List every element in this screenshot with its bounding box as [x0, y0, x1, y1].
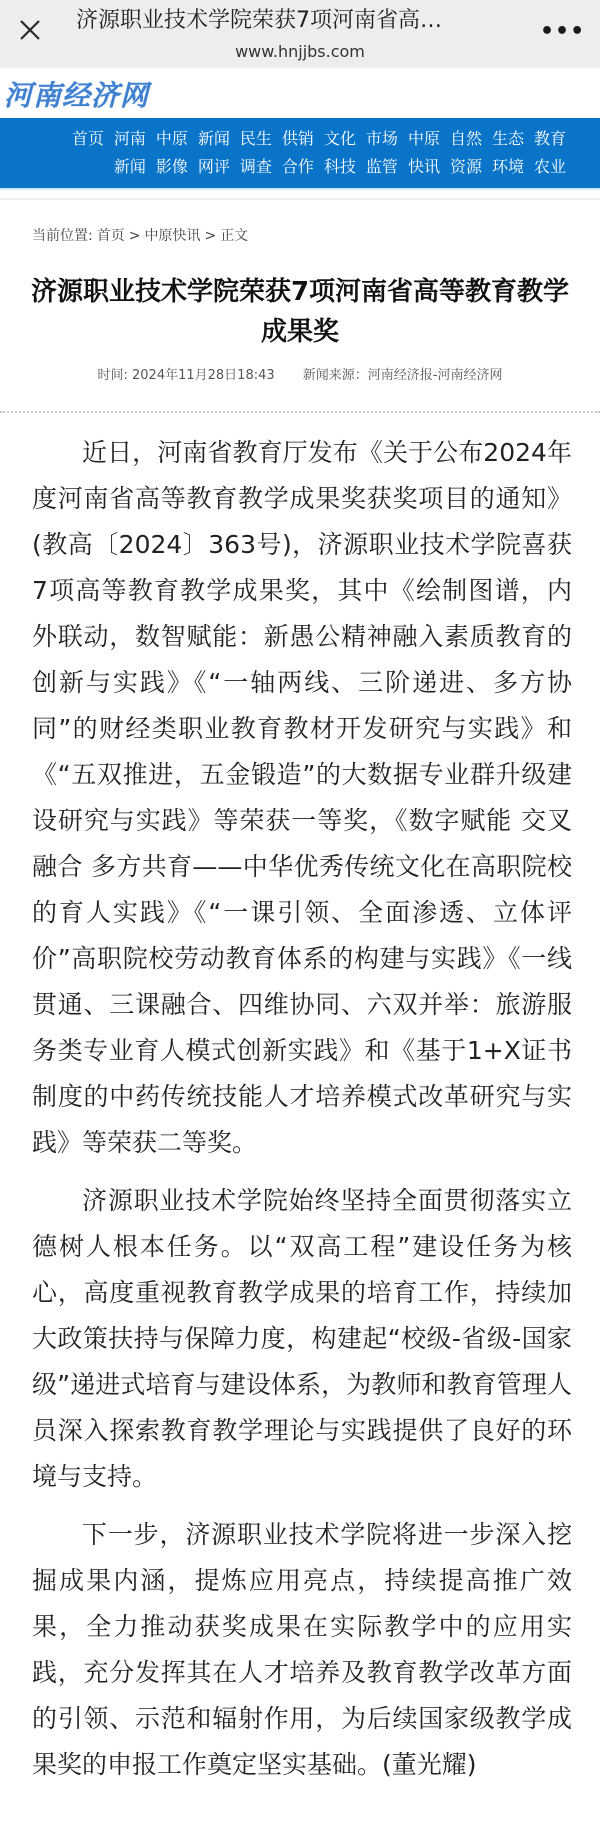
page-title: 济源职业技术学院荣获7项河南省高…	[76, 6, 496, 36]
publish-time: 时间: 2024年11月28日18:43	[98, 368, 275, 383]
nav-link-zhongyuan[interactable]: 中原	[156, 128, 188, 150]
nav-row-2: 新闻 影像 网评 调查 合作 科技 监管 快讯 资源 环境 农业	[114, 156, 566, 178]
nav-link-environment[interactable]: 环境	[492, 156, 524, 178]
nav-link-nature[interactable]: 自然	[450, 128, 482, 150]
main-nav: 首页 河南 中原 新闻 民生 供销 文化 市场 中原 自然 生态 教育 新闻 影…	[0, 118, 600, 188]
breadcrumb-separator: >	[129, 226, 141, 246]
meta-divider	[0, 411, 600, 413]
breadcrumb-label: 当前位置:	[32, 226, 93, 246]
nav-link-education[interactable]: 教育	[534, 128, 566, 150]
nav-link-supervision[interactable]: 监管	[366, 156, 398, 178]
site-logo[interactable]: 河南经济网	[4, 74, 149, 114]
nav-link-zhongyuan-2[interactable]: 中原	[408, 128, 440, 150]
news-source: 新闻来源：河南经济报-河南经济网	[303, 368, 503, 383]
nav-link-henan[interactable]: 河南	[114, 128, 146, 150]
nav-link-flash[interactable]: 快讯	[408, 156, 440, 178]
nav-link-survey[interactable]: 调查	[240, 156, 272, 178]
nav-link-home[interactable]: 首页	[72, 128, 104, 150]
nav-link-comments[interactable]: 网评	[198, 156, 230, 178]
site-header: 河南经济网	[0, 68, 600, 118]
article-paragraph: 济源职业技术学院始终坚持全面贯彻落实立德树人根本任务。以“双高工程”建设任务为核…	[32, 1178, 572, 1500]
breadcrumb-category[interactable]: 中原快讯	[144, 226, 200, 246]
article-meta: 时间: 2024年11月28日18:43 新闻来源：河南经济报-河南经济网	[0, 366, 600, 386]
more-dots-icon[interactable]: •••	[540, 18, 576, 46]
nav-link-cooperation[interactable]: 合作	[282, 156, 314, 178]
nav-link-market[interactable]: 市场	[366, 128, 398, 150]
browser-top-bar: 济源职业技术学院荣获7项河南省高… www.hnjjbs.com •••	[0, 0, 600, 68]
breadcrumb: 当前位置: 首页 > 中原快讯 > 正文	[32, 226, 248, 246]
article-title: 济源职业技术学院荣获7项河南省高等教育教学成果奖	[20, 272, 580, 352]
nav-link-images[interactable]: 影像	[156, 156, 188, 178]
nav-link-agriculture[interactable]: 农业	[534, 156, 566, 178]
nav-link-livelihood[interactable]: 民生	[240, 128, 272, 150]
nav-link-news[interactable]: 新闻	[198, 128, 230, 150]
nav-link-culture[interactable]: 文化	[324, 128, 356, 150]
article-body: 近日，河南省教育厅发布《关于公布2024年度河南省高等教育教学成果奖获奖项目的通…	[32, 430, 572, 1800]
article-paragraph: 近日，河南省教育厅发布《关于公布2024年度河南省高等教育教学成果奖获奖项目的通…	[32, 430, 572, 1166]
breadcrumb-separator: >	[204, 226, 216, 246]
nav-link-resources[interactable]: 资源	[450, 156, 482, 178]
header-separator	[0, 188, 600, 200]
breadcrumb-home[interactable]: 首页	[97, 226, 125, 246]
nav-row-1: 首页 河南 中原 新闻 民生 供销 文化 市场 中原 自然 生态 教育	[72, 128, 566, 150]
nav-link-tech[interactable]: 科技	[324, 156, 356, 178]
nav-link-news-2[interactable]: 新闻	[114, 156, 146, 178]
article-paragraph: 下一步，济源职业技术学院将进一步深入挖掘成果内涵，提炼应用亮点，持续提高推广效果…	[32, 1512, 572, 1788]
nav-link-supply[interactable]: 供销	[282, 128, 314, 150]
nav-link-ecology[interactable]: 生态	[492, 128, 524, 150]
page-url: www.hnjjbs.com	[0, 42, 600, 62]
breadcrumb-current: 正文	[220, 226, 248, 246]
close-icon[interactable]	[16, 16, 44, 44]
